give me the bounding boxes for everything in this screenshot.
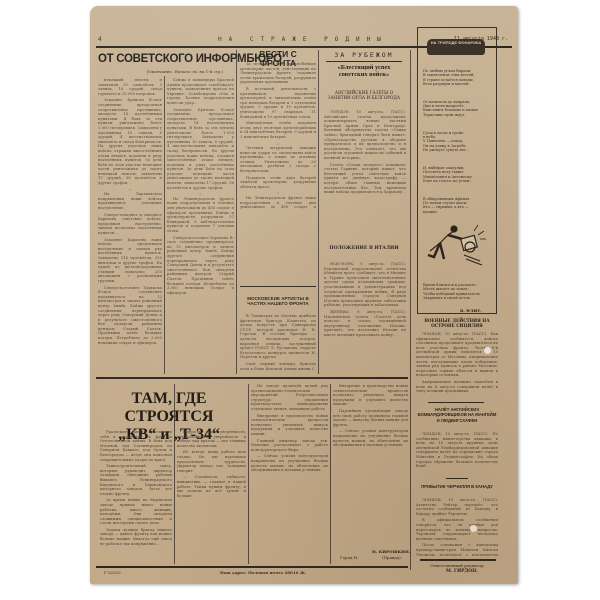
editor-name: М. ГИРДОН.: [446, 569, 478, 574]
section-rule: [240, 286, 316, 287]
punch-hole: [484, 347, 491, 354]
poem-author: В. ФЛИТ.: [460, 308, 482, 313]
tanks-col2: Бодрость духа, уверенность, непоколебима…: [177, 430, 246, 564]
abroad-headline: «Блестящий успех советских войск»: [324, 64, 404, 78]
column-divider: [236, 50, 237, 374]
italy-headline: ПОЛОЖЕНИЕ В ИТАЛИИ: [324, 246, 404, 251]
newspaper-page: 4 НА СТРАЖЕ РОДИНЫ 11 августа 1943 г. ОТ…: [90, 6, 518, 584]
tanks-col3: На заводе проведён целый ряд организацио…: [251, 384, 328, 564]
tanks-signature: Н. КИРОШКИН.: [372, 549, 410, 554]
section-rule: [96, 377, 408, 379]
tanks-source: (Правда).: [382, 555, 402, 560]
artists-body: В Ленинград из Москвы прибыла фронтовая …: [240, 314, 316, 370]
column-divider: [248, 384, 249, 564]
section-rule: [428, 402, 484, 403]
tanks-place: Город Н.: [340, 555, 359, 560]
front-news-body: За истекший день дальнобойная артиллерия…: [240, 62, 316, 210]
section-rule: [326, 61, 402, 62]
artists-headline: МОСКОВСКИЕ АРТИСТЫ В ЧАСТЯХ НАШЕГО ФРОНТ…: [240, 296, 316, 307]
tanks-col1: Уральские танки прославили себя в сражен…: [100, 430, 172, 564]
poem-bottom: Время близится к расплате, Месть шагает …: [423, 274, 493, 310]
sicily-body: ЛОНДОН, 10 августа. (ТАСС). Как официаль…: [416, 332, 498, 396]
editor-label: Ответственный редактор: [416, 563, 498, 568]
raid-headline: НАЛЁТ АНГЛИЙСКИХ БОМБАРДИРОВЩИКОВ НА МАН…: [416, 407, 498, 423]
footer-rule: [96, 566, 408, 568]
abroad-body: ЛОНДОН, 10 августа. (ТАСС). Английские г…: [324, 110, 406, 234]
churchill-headline: ПРИБЫТИЕ ЧЕРЧИЛЛЯ В КАНАДУ: [416, 484, 498, 489]
sicily-headline: ВОЕННЫЕ ДЕЙСТВИЯ НА ОСТРОВЕ СИЦИЛИЯ: [416, 318, 498, 329]
tanks-col4: Внедрение в производство новых технологи…: [333, 384, 408, 546]
column-divider: [318, 50, 319, 374]
abroad-subhead: АНГЛИЙСКИЕ ГАЗЕТЫ О ЗАНЯТИИ ОРЛА И БЕЛГО…: [324, 90, 404, 101]
postal-address: Наш адрес: Полевая почта 28010 Ж.: [220, 570, 306, 575]
sovinform-col2: Бойцы и командиры Красной Армии продолжа…: [167, 78, 234, 374]
column-divider: [410, 50, 411, 570]
poem-top: По любым углам Европы В заключение этих …: [423, 60, 493, 220]
sovinform-subtitle: (Окончание. Начало см. на 1-й стр.): [130, 69, 240, 74]
cartoon-illustration: [424, 221, 488, 269]
section-rule: [446, 478, 468, 479]
raid-body: ЛОНДОН, 10 августа. (ТАСС). По сообщению…: [416, 432, 498, 474]
page-number: 4: [98, 36, 102, 43]
feature-logo: НА ТРИПОДЕ ФОНАРИКА: [427, 39, 485, 55]
column-divider: [330, 384, 331, 564]
churchill-body: ЛОНДОН, 10 августа. (ТАСС). Агентство Ре…: [416, 498, 498, 556]
sovinform-col1: немецкий пехоты и захватили 25 самолётов…: [98, 78, 162, 374]
section-rule: [420, 559, 496, 561]
column-divider: [164, 76, 165, 374]
abroad-section-title: ЗА РУБЕЖОМ: [324, 51, 404, 59]
italy-body: НЬЮ-ЙОРК, 9 августа. (ТАСС). Берлинский …: [324, 262, 406, 372]
punch-hole: [470, 525, 477, 532]
order-code: Г-32533: [104, 570, 121, 575]
newspaper-title: НА СТРАЖЕ РОДИНЫ: [218, 36, 388, 43]
